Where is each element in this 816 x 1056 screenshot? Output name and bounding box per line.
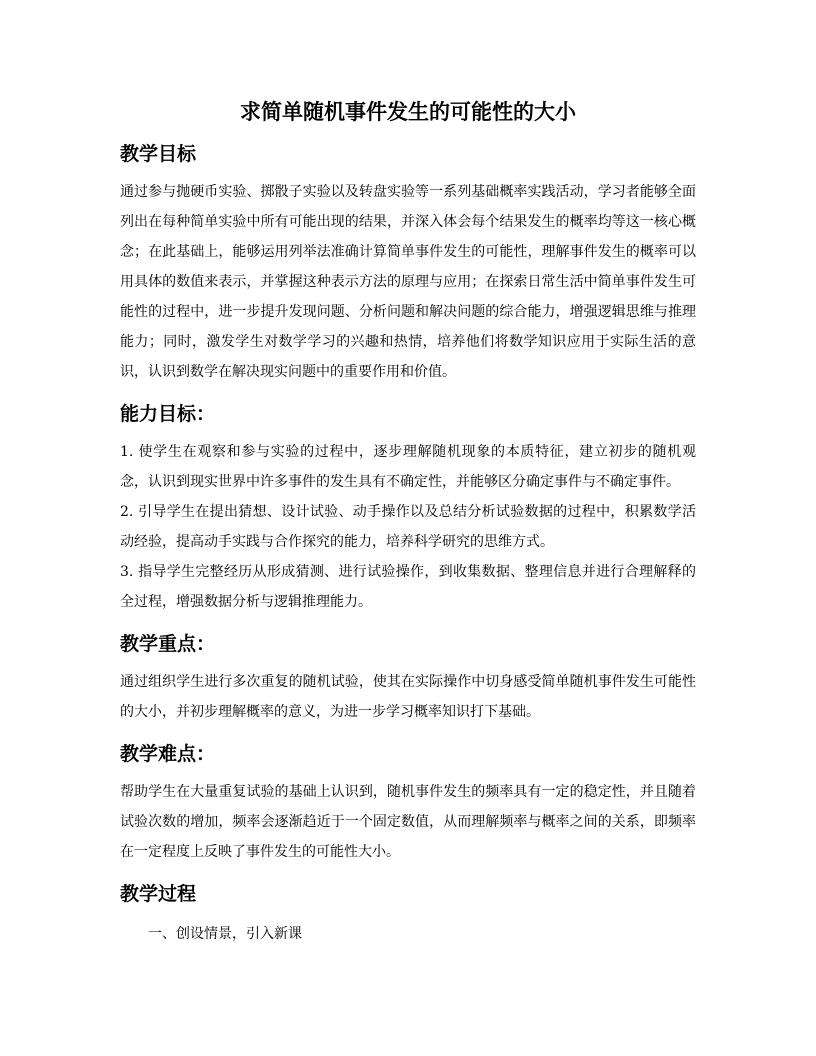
document-title: 求简单随机事件发生的可能性的大小: [120, 97, 696, 127]
ability-objective-item-1: 1. 使学生在观察和参与实验的过程中，逐步理解随机现象的本质特征，建立初步的随机…: [120, 437, 696, 497]
ability-objective-item-3: 3. 指导学生完整经历从形成猜测、进行试验操作，到收集数据、整理信息并进行合理解…: [120, 557, 696, 617]
paragraph-teaching-difficulties: 帮助学生在大量重复试验的基础上认识到，随机事件发生的频率具有一定的稳定性，并且随…: [120, 777, 696, 867]
section-heading-ability-objectives: 能力目标：: [120, 401, 696, 427]
section-heading-teaching-difficulties: 教学难点：: [120, 741, 696, 767]
section-heading-teaching-objectives: 教学目标: [120, 141, 696, 167]
document-page: 求简单随机事件发生的可能性的大小 教学目标 通过参与抛硬币实验、掷骰子实验以及转…: [0, 0, 816, 1056]
section-heading-teaching-key-points: 教学重点：: [120, 631, 696, 657]
paragraph-teaching-objectives: 通过参与抛硬币实验、掷骰子实验以及转盘实验等一系列基础概率实践活动，学习者能够全…: [120, 177, 696, 387]
teaching-process-step-1: 一、创设情景，引入新课: [120, 919, 696, 949]
paragraph-teaching-key-points: 通过组织学生进行多次重复的随机试验，使其在实际操作中切身感受简单随机事件发生可能…: [120, 667, 696, 727]
ability-objective-item-2: 2. 引导学生在提出猜想、设计试验、动手操作以及总结分析试验数据的过程中，积累数…: [120, 497, 696, 557]
section-heading-teaching-process: 教学过程: [120, 881, 696, 907]
